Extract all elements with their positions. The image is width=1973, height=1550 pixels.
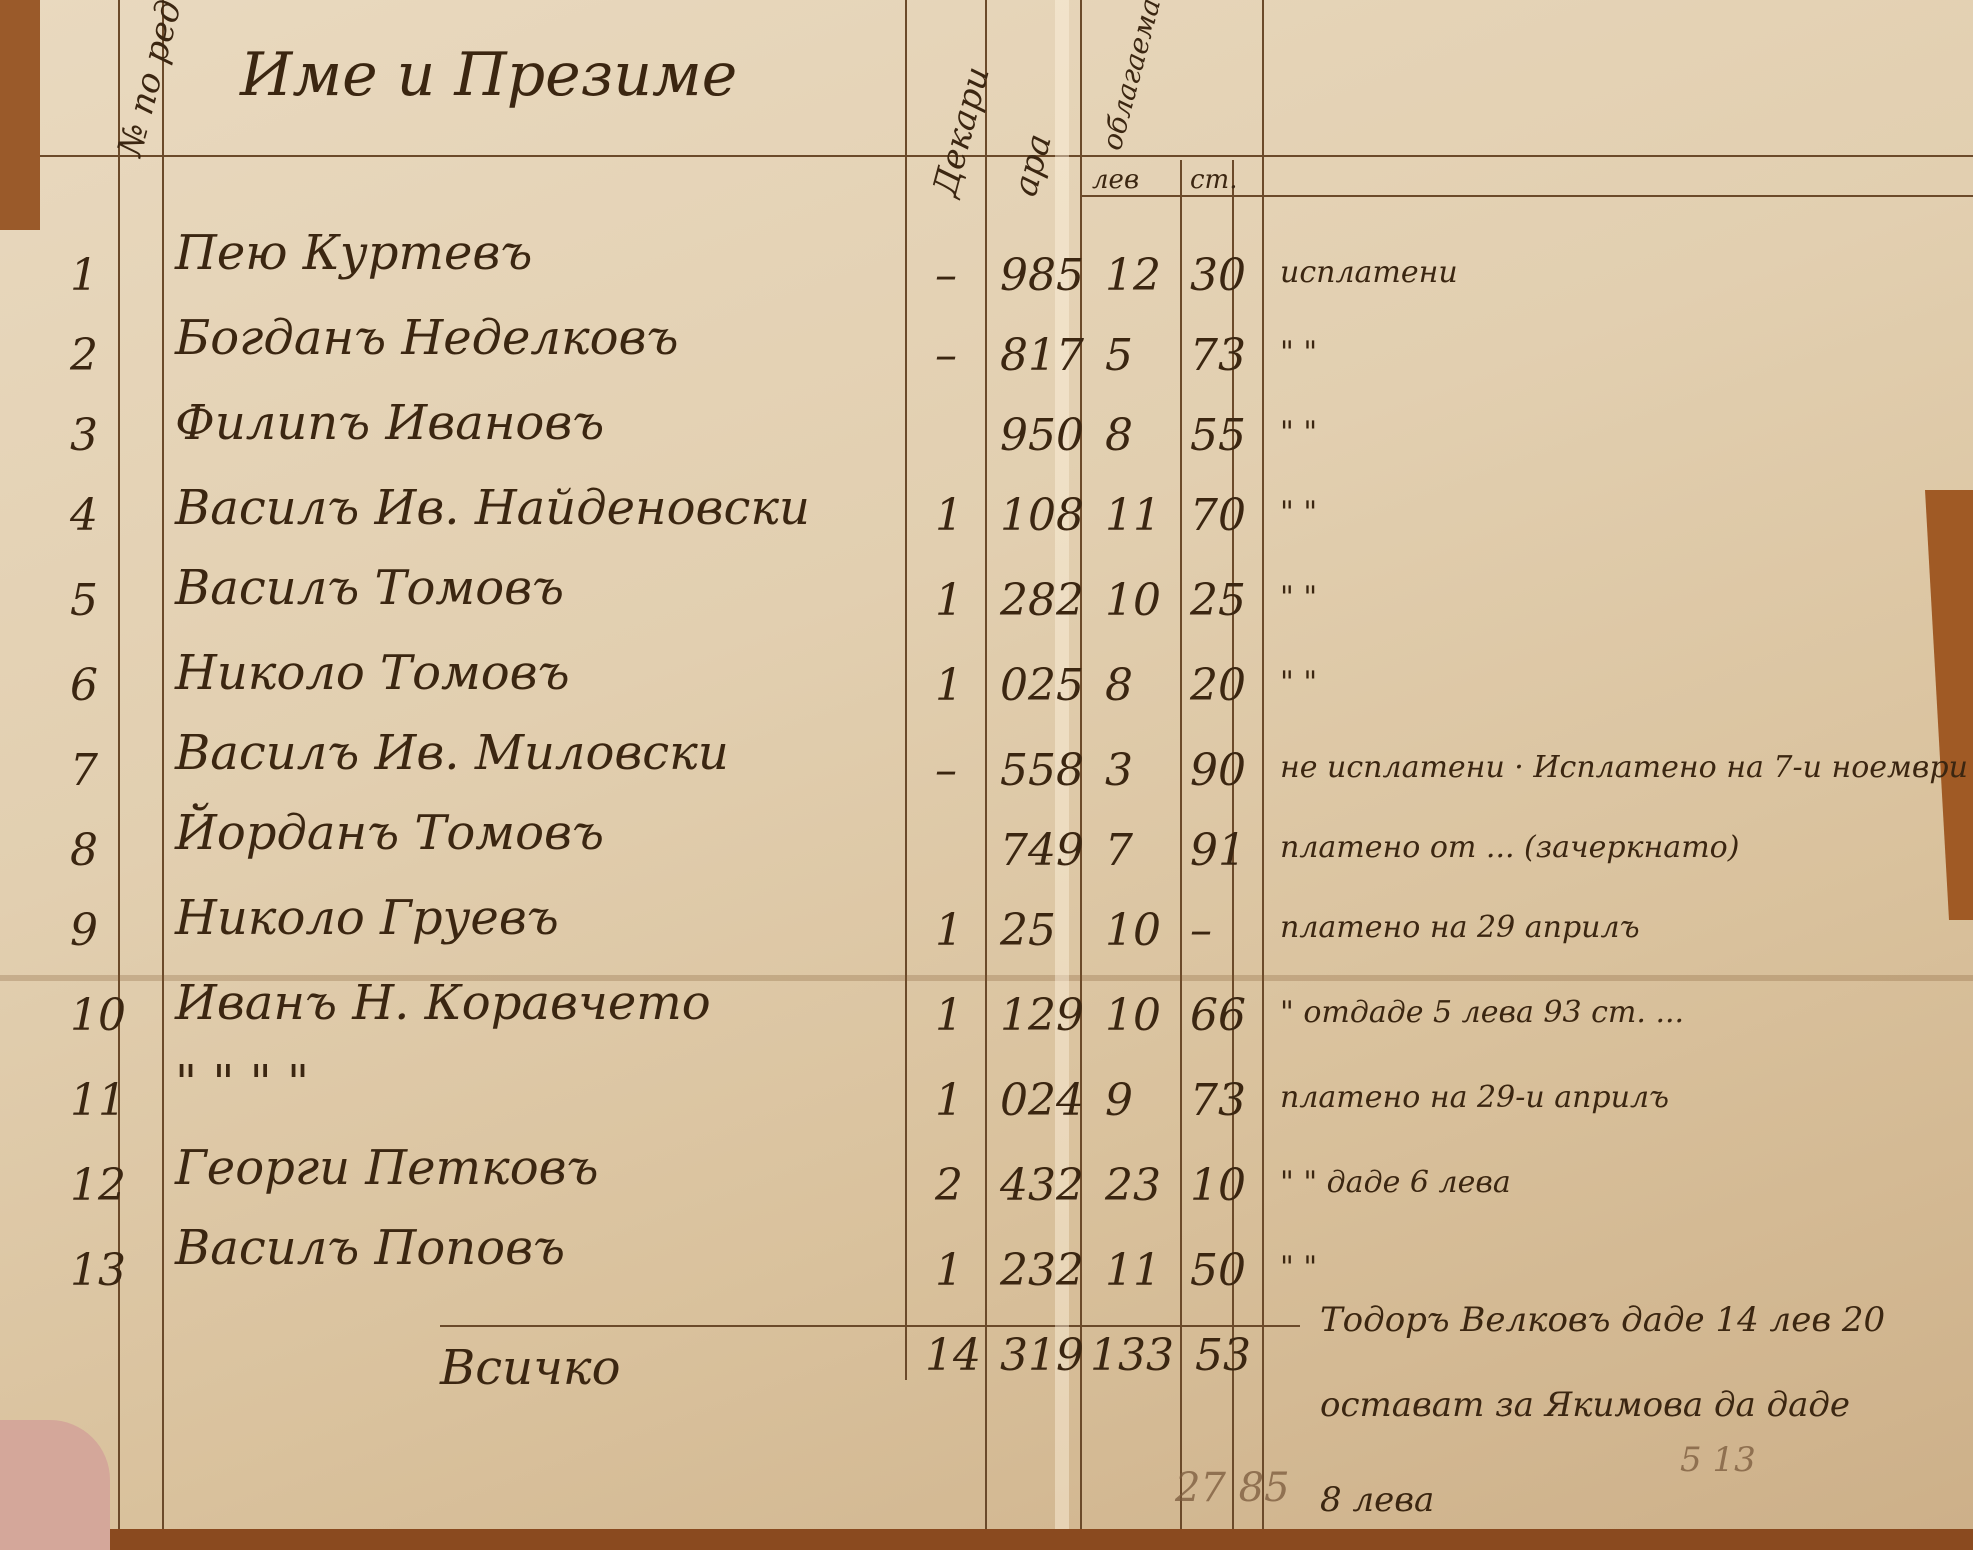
row-st: 73 bbox=[1190, 1075, 1246, 1126]
row-decares: 1 bbox=[935, 1075, 963, 1126]
row-lev: 10 bbox=[1105, 990, 1161, 1041]
row-decares: 1 bbox=[935, 905, 963, 956]
row-note: платено на 29 априлъ bbox=[1280, 910, 1640, 945]
row-st: – bbox=[1190, 905, 1212, 956]
row-number: 13 bbox=[70, 1245, 126, 1296]
row-name: Георги Петковъ bbox=[175, 1140, 599, 1196]
row-st: 66 bbox=[1190, 990, 1246, 1041]
row-decares: 1 bbox=[935, 1245, 963, 1296]
total-lev: 133 bbox=[1090, 1330, 1174, 1381]
column-divider bbox=[1180, 160, 1182, 1529]
row-lev: 10 bbox=[1105, 575, 1161, 626]
row-decares: – bbox=[935, 745, 957, 796]
header-st: ст. bbox=[1190, 165, 1237, 195]
total-rule bbox=[440, 1325, 1300, 1327]
torn-edge-right bbox=[1913, 490, 1973, 920]
row-st: 10 bbox=[1190, 1160, 1246, 1211]
footer-note-2: остават за Якимова да даде bbox=[1320, 1385, 1850, 1425]
column-divider bbox=[1262, 0, 1264, 1529]
row-st: 90 bbox=[1190, 745, 1246, 796]
row-lev: 5 bbox=[1105, 330, 1133, 381]
row-ara: 558 bbox=[1000, 745, 1084, 796]
row-st: 55 bbox=[1190, 410, 1246, 461]
header-ara: ара bbox=[1005, 130, 1060, 201]
row-ara: 817 bbox=[1000, 330, 1084, 381]
row-lev: 10 bbox=[1105, 905, 1161, 956]
row-st: 30 bbox=[1190, 250, 1246, 301]
footer-note-3: 8 лева bbox=[1320, 1480, 1434, 1520]
pencil-total: 27 85 bbox=[1175, 1465, 1290, 1511]
row-number: 6 bbox=[70, 660, 98, 711]
footer-note-1: Тодоръ Велковъ даде 14 лев 20 bbox=[1320, 1300, 1885, 1340]
header-rule bbox=[40, 155, 1973, 157]
row-lev: 11 bbox=[1105, 490, 1161, 541]
row-name: Иванъ Н. Коравчето bbox=[175, 975, 711, 1031]
pencil-amount: 5 13 bbox=[1680, 1440, 1756, 1480]
row-note: не исплатени · Исплатено на 7-и ноември … bbox=[1280, 750, 1973, 785]
row-name: Василъ Поповъ bbox=[175, 1220, 565, 1276]
row-lev: 23 bbox=[1105, 1160, 1161, 1211]
row-number: 8 bbox=[70, 825, 98, 876]
row-note: " " bbox=[1280, 335, 1317, 370]
row-name: Николо Груевъ bbox=[175, 890, 559, 946]
row-decares: 1 bbox=[935, 990, 963, 1041]
row-number: 3 bbox=[70, 410, 98, 461]
total-decares: 14 bbox=[925, 1330, 981, 1381]
row-ara: 108 bbox=[1000, 490, 1084, 541]
row-ara: 129 bbox=[1000, 990, 1084, 1041]
row-st: 50 bbox=[1190, 1245, 1246, 1296]
header-name: Име и Презиме bbox=[240, 40, 737, 110]
header-sum: облагаема сума bbox=[1095, 0, 1188, 154]
total-label: Всичко bbox=[440, 1340, 621, 1396]
row-ara: 025 bbox=[1000, 660, 1084, 711]
row-note: " отдаде 5 лева 93 ст. ... bbox=[1280, 995, 1684, 1030]
row-ara: 024 bbox=[1000, 1075, 1084, 1126]
row-ara: 950 bbox=[1000, 410, 1084, 461]
row-lev: 7 bbox=[1105, 825, 1133, 876]
row-decares: 1 bbox=[935, 490, 963, 541]
torn-edge-left bbox=[0, 0, 40, 230]
row-note: " " даде 6 лева bbox=[1280, 1165, 1511, 1200]
row-st: 70 bbox=[1190, 490, 1246, 541]
row-number: 4 bbox=[70, 490, 98, 541]
row-lev: 8 bbox=[1105, 660, 1133, 711]
row-number: 11 bbox=[70, 1075, 126, 1126]
row-decares: – bbox=[935, 330, 957, 381]
row-decares: 1 bbox=[935, 660, 963, 711]
row-number: 10 bbox=[70, 990, 126, 1041]
row-ara: 25 bbox=[1000, 905, 1056, 956]
row-st: 73 bbox=[1190, 330, 1246, 381]
row-lev: 11 bbox=[1105, 1245, 1161, 1296]
row-note: исплатени bbox=[1280, 255, 1458, 290]
row-lev: 12 bbox=[1105, 250, 1161, 301]
row-decares: – bbox=[935, 250, 957, 301]
row-number: 9 bbox=[70, 905, 98, 956]
row-name: Василъ Томовъ bbox=[175, 560, 564, 616]
row-note: платено на 29-и априлъ bbox=[1280, 1080, 1669, 1115]
row-name: Николо Томовъ bbox=[175, 645, 570, 701]
row-st: 25 bbox=[1190, 575, 1246, 626]
row-note: " " bbox=[1280, 580, 1317, 615]
row-number: 7 bbox=[70, 745, 98, 796]
header-rule bbox=[1080, 195, 1973, 197]
row-note: " " bbox=[1280, 415, 1317, 450]
total-st: 53 bbox=[1195, 1330, 1251, 1381]
total-ara: 319 bbox=[1000, 1330, 1084, 1381]
row-note: " " bbox=[1280, 1250, 1317, 1285]
row-ara: 432 bbox=[1000, 1160, 1084, 1211]
header-number: № по ред bbox=[110, 0, 190, 160]
row-st: 91 bbox=[1190, 825, 1246, 876]
row-note: платено от ... (зачеркнато) bbox=[1280, 830, 1739, 865]
row-number: 2 bbox=[70, 330, 98, 381]
ledger-page: № по ред Име и Презиме Декари ара облага… bbox=[0, 0, 1973, 1529]
photographer-thumb bbox=[0, 1420, 110, 1529]
row-lev: 8 bbox=[1105, 410, 1133, 461]
row-name: Пею Куртевъ bbox=[175, 225, 532, 281]
row-decares: 2 bbox=[935, 1160, 963, 1211]
row-decares: 1 bbox=[935, 575, 963, 626]
row-lev: 3 bbox=[1105, 745, 1133, 796]
row-ara: 749 bbox=[1000, 825, 1084, 876]
column-divider bbox=[985, 0, 987, 1529]
row-number: 12 bbox=[70, 1160, 126, 1211]
row-name: Василъ Ив. Миловски bbox=[175, 725, 729, 781]
row-name: Йорданъ Томовъ bbox=[175, 805, 604, 861]
row-st: 20 bbox=[1190, 660, 1246, 711]
column-divider bbox=[118, 0, 120, 1529]
row-name: Богданъ Неделковъ bbox=[175, 310, 678, 366]
header-lev: лев bbox=[1092, 165, 1139, 195]
row-lev: 9 bbox=[1105, 1075, 1133, 1126]
row-note: " " bbox=[1280, 495, 1317, 530]
column-divider bbox=[905, 0, 907, 1380]
row-note: " " bbox=[1280, 665, 1317, 700]
column-divider bbox=[162, 0, 164, 1529]
row-name: Василъ Ив. Найденовски bbox=[175, 480, 810, 536]
row-number: 5 bbox=[70, 575, 98, 626]
row-ara: 985 bbox=[1000, 250, 1084, 301]
row-number: 1 bbox=[70, 250, 98, 301]
row-name: Филипъ Ивановъ bbox=[175, 395, 604, 451]
row-ara: 232 bbox=[1000, 1245, 1084, 1296]
row-ara: 282 bbox=[1000, 575, 1084, 626]
row-name: " " " " bbox=[175, 1055, 309, 1111]
